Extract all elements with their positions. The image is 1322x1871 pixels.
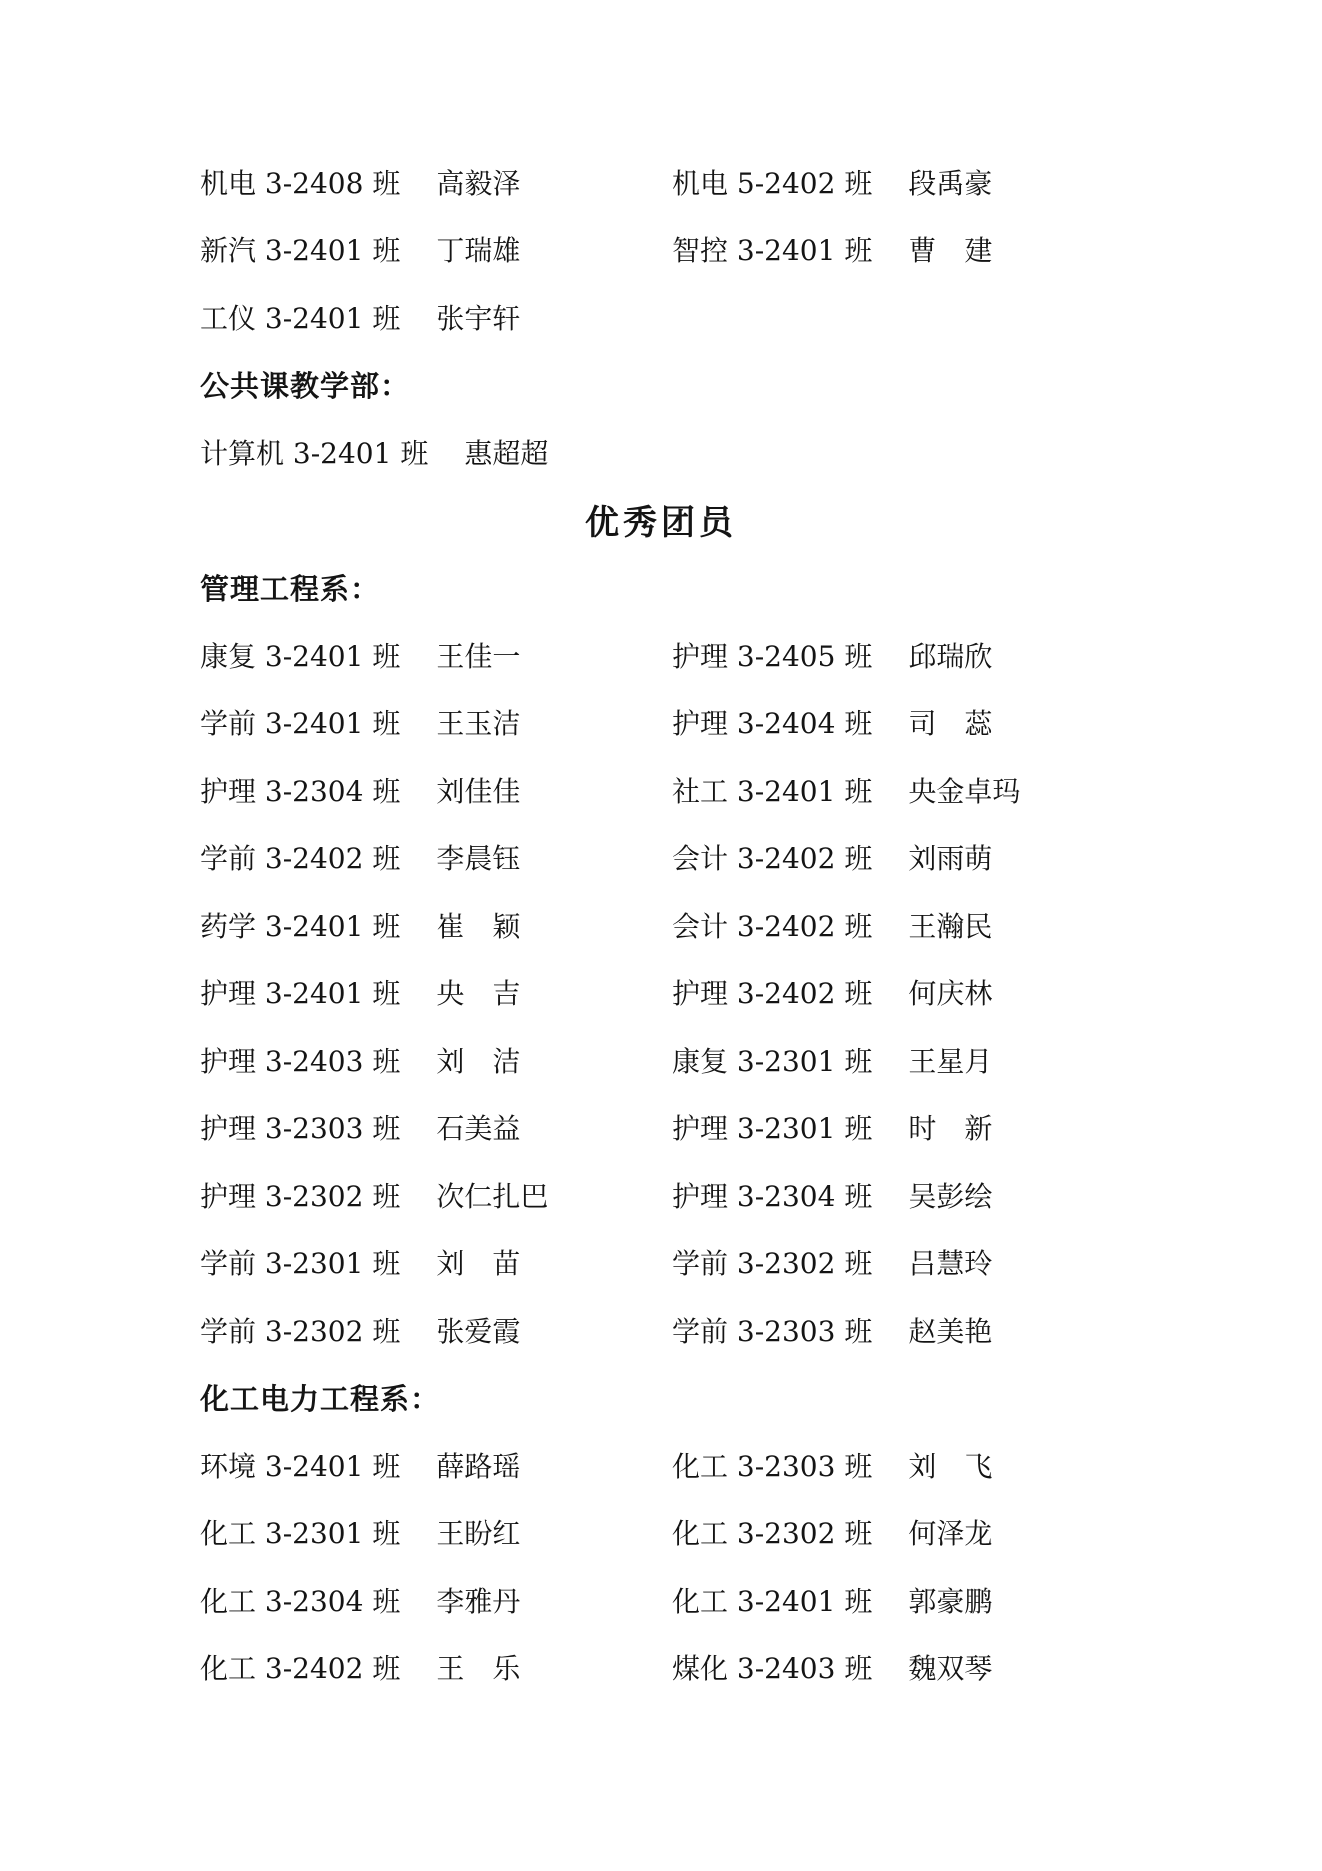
- class-label: 护理 3-2405 班: [672, 635, 872, 675]
- roster-row: 学前 3-2301 班刘 苗学前 3-2302 班吕慧玲: [200, 1229, 1122, 1297]
- student-name: 王瀚民: [908, 905, 992, 945]
- roster-cell-left: 环境 3-2401 班薛路瑶: [200, 1445, 672, 1485]
- roster-row: 学前 3-2401 班王玉洁护理 3-2404 班司 蕊: [200, 689, 1122, 757]
- class-label: 计算机 3-2401 班: [200, 432, 428, 472]
- roster-cell-right: 会计 3-2402 班刘雨萌: [672, 837, 1122, 877]
- roster-cell-left: 护理 3-2401 班央 吉: [200, 972, 672, 1012]
- roster-row: 新汽 3-2401 班丁瑞雄智控 3-2401 班曹 建: [200, 216, 1122, 284]
- student-name: 吕慧玲: [908, 1242, 992, 1282]
- student-name: 央 吉: [436, 972, 520, 1012]
- roster-row: 护理 3-2302 班次仁扎巴护理 3-2304 班吴彭绘: [200, 1161, 1122, 1229]
- class-label: 学前 3-2302 班: [200, 1310, 400, 1350]
- class-label: 护理 3-2304 班: [672, 1175, 872, 1215]
- class-label: 煤化 3-2403 班: [672, 1647, 872, 1687]
- section-header-row: 公共课教学部：: [200, 351, 1122, 419]
- class-label: 化工 3-2401 班: [672, 1580, 872, 1620]
- roster-row: 康复 3-2401 班王佳一护理 3-2405 班邱瑞欣: [200, 621, 1122, 689]
- class-label: 护理 3-2304 班: [200, 770, 400, 810]
- class-label: 社工 3-2401 班: [672, 770, 872, 810]
- student-name: 邱瑞欣: [908, 635, 992, 675]
- class-label: 康复 3-2401 班: [200, 635, 400, 675]
- student-name: 张爱霞: [436, 1310, 520, 1350]
- class-label: 工仪 3-2401 班: [200, 297, 400, 337]
- class-label: 新汽 3-2401 班: [200, 229, 400, 269]
- student-name: 刘 飞: [908, 1445, 992, 1485]
- roster-row: 化工 3-2304 班李雅丹化工 3-2401 班郭豪鹏: [200, 1566, 1122, 1634]
- class-label: 护理 3-2303 班: [200, 1107, 400, 1147]
- class-label: 护理 3-2401 班: [200, 972, 400, 1012]
- class-label: 学前 3-2301 班: [200, 1242, 400, 1282]
- student-name: 司 蕊: [908, 702, 992, 742]
- class-label: 康复 3-2301 班: [672, 1040, 872, 1080]
- award-title-row: 优秀团员: [200, 486, 1122, 554]
- section-header-row: 管理工程系：: [200, 554, 1122, 622]
- class-label: 学前 3-2402 班: [200, 837, 400, 877]
- student-name: 崔 颖: [436, 905, 520, 945]
- roster-cell-left: 药学 3-2401 班崔 颖: [200, 905, 672, 945]
- class-label: 化工 3-2402 班: [200, 1647, 400, 1687]
- student-name: 王星月: [908, 1040, 992, 1080]
- roster-cell-right: 煤化 3-2403 班魏双琴: [672, 1647, 1122, 1687]
- roster-cell-left: 学前 3-2401 班王玉洁: [200, 702, 672, 742]
- roster-row: 化工 3-2402 班王 乐煤化 3-2403 班魏双琴: [200, 1634, 1122, 1702]
- roster-cell-left: 化工 3-2301 班王盼红: [200, 1512, 672, 1552]
- section-header-row: 化工电力工程系：: [200, 1364, 1122, 1432]
- student-name: 惠超超: [464, 432, 548, 472]
- roster-cell-left: 学前 3-2302 班张爱霞: [200, 1310, 672, 1350]
- roster-cell-left: 护理 3-2403 班刘 洁: [200, 1040, 672, 1080]
- document-body: 机电 3-2408 班高毅泽机电 5-2402 班段禹豪新汽 3-2401 班丁…: [200, 148, 1122, 1701]
- student-name: 魏双琴: [908, 1647, 992, 1687]
- class-label: 化工 3-2301 班: [200, 1512, 400, 1552]
- roster-cell-left: 学前 3-2402 班李晨钰: [200, 837, 672, 877]
- student-name: 郭豪鹏: [908, 1580, 992, 1620]
- student-name: 曹 建: [908, 229, 992, 269]
- class-label: 护理 3-2301 班: [672, 1107, 872, 1147]
- student-name: 刘 苗: [436, 1242, 520, 1282]
- roster-cell-right: 康复 3-2301 班王星月: [672, 1040, 1122, 1080]
- roster-cell-left: 机电 3-2408 班高毅泽: [200, 162, 672, 202]
- roster-cell-left: 护理 3-2302 班次仁扎巴: [200, 1175, 672, 1215]
- roster-cell-left: 工仪 3-2401 班张宇轩: [200, 297, 672, 337]
- roster-cell-right: 会计 3-2402 班王瀚民: [672, 905, 1122, 945]
- roster-row: 机电 3-2408 班高毅泽机电 5-2402 班段禹豪: [200, 148, 1122, 216]
- roster-cell-left: 学前 3-2301 班刘 苗: [200, 1242, 672, 1282]
- class-label: 化工 3-2303 班: [672, 1445, 872, 1485]
- class-label: 化工 3-2302 班: [672, 1512, 872, 1552]
- class-label: 护理 3-2402 班: [672, 972, 872, 1012]
- class-label: 护理 3-2403 班: [200, 1040, 400, 1080]
- student-name: 何庆林: [908, 972, 992, 1012]
- student-name: 丁瑞雄: [436, 229, 520, 269]
- class-label: 护理 3-2404 班: [672, 702, 872, 742]
- roster-cell-left: 护理 3-2304 班刘佳佳: [200, 770, 672, 810]
- student-name: 赵美艳: [908, 1310, 992, 1350]
- roster-row: 护理 3-2403 班刘 洁康复 3-2301 班王星月: [200, 1026, 1122, 1094]
- roster-row: 工仪 3-2401 班张宇轩: [200, 283, 1122, 351]
- student-name: 王佳一: [436, 635, 520, 675]
- student-name: 次仁扎巴: [436, 1175, 548, 1215]
- roster-cell-right: 护理 3-2304 班吴彭绘: [672, 1175, 1122, 1215]
- roster-cell-left: 化工 3-2304 班李雅丹: [200, 1580, 672, 1620]
- student-name: 李晨钰: [436, 837, 520, 877]
- roster-cell-left: 化工 3-2402 班王 乐: [200, 1647, 672, 1687]
- section-header: 管理工程系：: [200, 567, 380, 608]
- section-header: 化工电力工程系：: [200, 1377, 440, 1418]
- class-label: 机电 3-2408 班: [200, 162, 400, 202]
- roster-row: 学前 3-2302 班张爱霞学前 3-2303 班赵美艳: [200, 1296, 1122, 1364]
- roster-cell-left: 护理 3-2303 班石美益: [200, 1107, 672, 1147]
- class-label: 会计 3-2402 班: [672, 905, 872, 945]
- class-label: 护理 3-2302 班: [200, 1175, 400, 1215]
- roster-cell-left: 康复 3-2401 班王佳一: [200, 635, 672, 675]
- class-label: 学前 3-2401 班: [200, 702, 400, 742]
- student-name: 刘雨萌: [908, 837, 992, 877]
- roster-cell-right: 智控 3-2401 班曹 建: [672, 229, 1122, 269]
- student-name: 王 乐: [436, 1647, 520, 1687]
- document-page: 机电 3-2408 班高毅泽机电 5-2402 班段禹豪新汽 3-2401 班丁…: [0, 0, 1322, 1871]
- roster-cell-right: 机电 5-2402 班段禹豪: [672, 162, 1122, 202]
- roster-row: 护理 3-2304 班刘佳佳社工 3-2401 班央金卓玛: [200, 756, 1122, 824]
- student-name: 石美益: [436, 1107, 520, 1147]
- roster-row: 学前 3-2402 班李晨钰会计 3-2402 班刘雨萌: [200, 824, 1122, 892]
- student-name: 何泽龙: [908, 1512, 992, 1552]
- class-label: 药学 3-2401 班: [200, 905, 400, 945]
- roster-cell-right: 化工 3-2401 班郭豪鹏: [672, 1580, 1122, 1620]
- class-label: 学前 3-2302 班: [672, 1242, 872, 1282]
- student-name: 央金卓玛: [908, 770, 1020, 810]
- roster-row: 护理 3-2401 班央 吉护理 3-2402 班何庆林: [200, 959, 1122, 1027]
- roster-cell-right: 护理 3-2301 班时 新: [672, 1107, 1122, 1147]
- class-label: 环境 3-2401 班: [200, 1445, 400, 1485]
- student-name: 时 新: [908, 1107, 992, 1147]
- roster-cell-right: 学前 3-2302 班吕慧玲: [672, 1242, 1122, 1282]
- student-name: 王盼红: [436, 1512, 520, 1552]
- roster-row: 化工 3-2301 班王盼红化工 3-2302 班何泽龙: [200, 1499, 1122, 1567]
- student-name: 段禹豪: [908, 162, 992, 202]
- student-name: 刘佳佳: [436, 770, 520, 810]
- student-name: 李雅丹: [436, 1580, 520, 1620]
- roster-row: 护理 3-2303 班石美益护理 3-2301 班时 新: [200, 1094, 1122, 1162]
- section-header: 公共课教学部：: [200, 364, 410, 405]
- roster-cell-right: 社工 3-2401 班央金卓玛: [672, 770, 1122, 810]
- class-label: 化工 3-2304 班: [200, 1580, 400, 1620]
- roster-row: 环境 3-2401 班薛路瑶化工 3-2303 班刘 飞: [200, 1431, 1122, 1499]
- class-label: 智控 3-2401 班: [672, 229, 872, 269]
- student-name: 王玉洁: [436, 702, 520, 742]
- student-name: 吴彭绘: [908, 1175, 992, 1215]
- roster-cell-right: 护理 3-2404 班司 蕊: [672, 702, 1122, 742]
- roster-row: 药学 3-2401 班崔 颖会计 3-2402 班王瀚民: [200, 891, 1122, 959]
- roster-cell-right: 化工 3-2302 班何泽龙: [672, 1512, 1122, 1552]
- student-name: 薛路瑶: [436, 1445, 520, 1485]
- roster-row: 计算机 3-2401 班惠超超: [200, 418, 1122, 486]
- roster-cell-right: 化工 3-2303 班刘 飞: [672, 1445, 1122, 1485]
- roster-cell-right: 护理 3-2402 班何庆林: [672, 972, 1122, 1012]
- roster-cell-right: 学前 3-2303 班赵美艳: [672, 1310, 1122, 1350]
- student-name: 高毅泽: [436, 162, 520, 202]
- roster-cell-left: 计算机 3-2401 班惠超超: [200, 432, 672, 472]
- student-name: 刘 洁: [436, 1040, 520, 1080]
- award-title: 优秀团员: [585, 495, 737, 544]
- student-name: 张宇轩: [436, 297, 520, 337]
- class-label: 学前 3-2303 班: [672, 1310, 872, 1350]
- class-label: 机电 5-2402 班: [672, 162, 872, 202]
- roster-cell-right: 护理 3-2405 班邱瑞欣: [672, 635, 1122, 675]
- roster-cell-left: 新汽 3-2401 班丁瑞雄: [200, 229, 672, 269]
- class-label: 会计 3-2402 班: [672, 837, 872, 877]
